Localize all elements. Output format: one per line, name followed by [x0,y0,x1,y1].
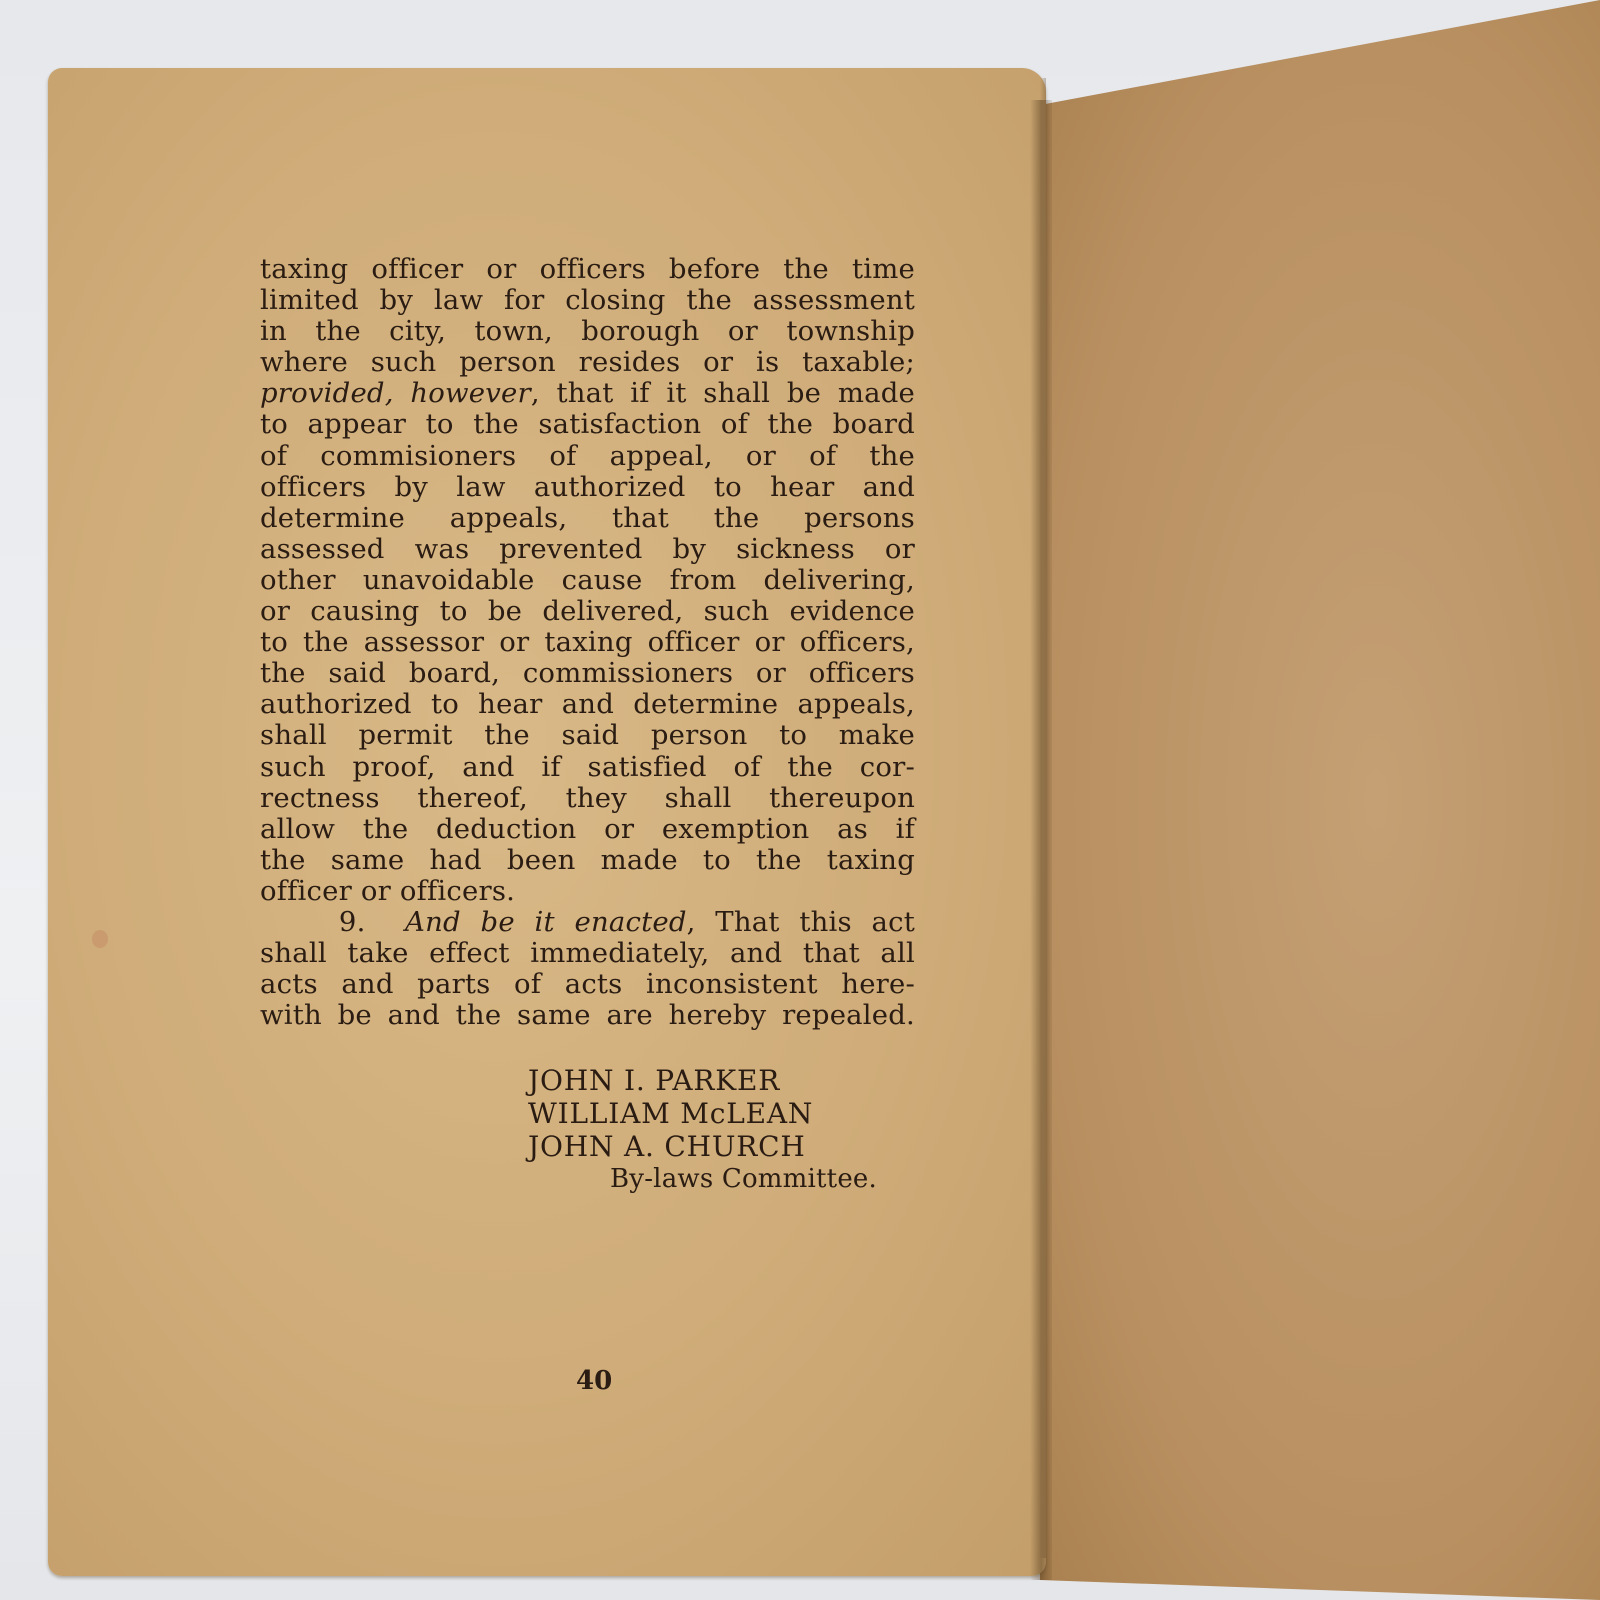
text-line: officer or officers. [260,876,915,907]
text-line: shall take effect immediately, and that … [260,938,915,969]
text-line: limited by law for closing the assessmen… [260,285,915,316]
text-line: to the assessor or taxing officer or off… [260,627,915,658]
italic-phrase: provided, however [260,377,531,409]
text-line: taxing officer or officers before the ti… [260,254,915,285]
text-line: determine appeals, that the persons [260,503,915,534]
signatory-name: JOHN I. PARKER [528,1064,877,1097]
text-fragment: , That this act [687,906,915,938]
text-line: other unavoidable cause from delivering, [260,565,915,596]
text-line: or causing to be delivered, such evidenc… [260,596,915,627]
signature-block: JOHN I. PARKER WILLIAM McLEAN JOHN A. CH… [528,1064,877,1196]
text-line: of commisioners of appeal, or of the [260,441,915,472]
text-line: in the city, town, borough or township [260,316,915,347]
signatory-name: WILLIAM McLEAN [528,1097,877,1130]
spine-shadow [1030,100,1052,1580]
text-line: with be and the same are hereby repealed… [260,1000,915,1031]
text-line: rectness thereof, they shall thereupon [260,783,915,814]
text-line: the said board, commissioners or officer… [260,658,915,689]
section-number: 9. [339,906,366,938]
text-line: officers by law authorized to hear and [260,472,915,503]
text-line: assessed was prevented by sickness or [260,534,915,565]
text-line: provided, however, that if it shall be m… [260,378,915,409]
italic-phrase: And be it enacted [405,906,687,938]
ink-smudge [92,930,108,948]
page-number: 40 [576,1366,612,1396]
booklet-page: taxing officer or officers before the ti… [48,68,1046,1576]
text-fragment: , that if it shall be made [531,377,915,409]
signatory-name: JOHN A. CHURCH [528,1130,877,1163]
facing-page-blank [1040,0,1600,1600]
text-line: such proof, and if satisfied of the cor- [260,752,915,783]
text-line: acts and parts of acts inconsistent here… [260,969,915,1000]
text-line: shall permit the said person to make [260,720,915,751]
committee-label: By-laws Committee. [528,1163,877,1196]
text-line: the same had been made to the taxing [260,845,915,876]
text-line: authorized to hear and determine appeals… [260,689,915,720]
text-line: to appear to the satisfaction of the boa… [260,409,915,440]
section-9-first-line: 9. And be it enacted, That this act [260,907,915,938]
body-text: taxing officer or officers before the ti… [260,254,915,1031]
text-line: allow the deduction or exemption as if [260,814,915,845]
text-line: where such person resides or is taxable; [260,347,915,378]
